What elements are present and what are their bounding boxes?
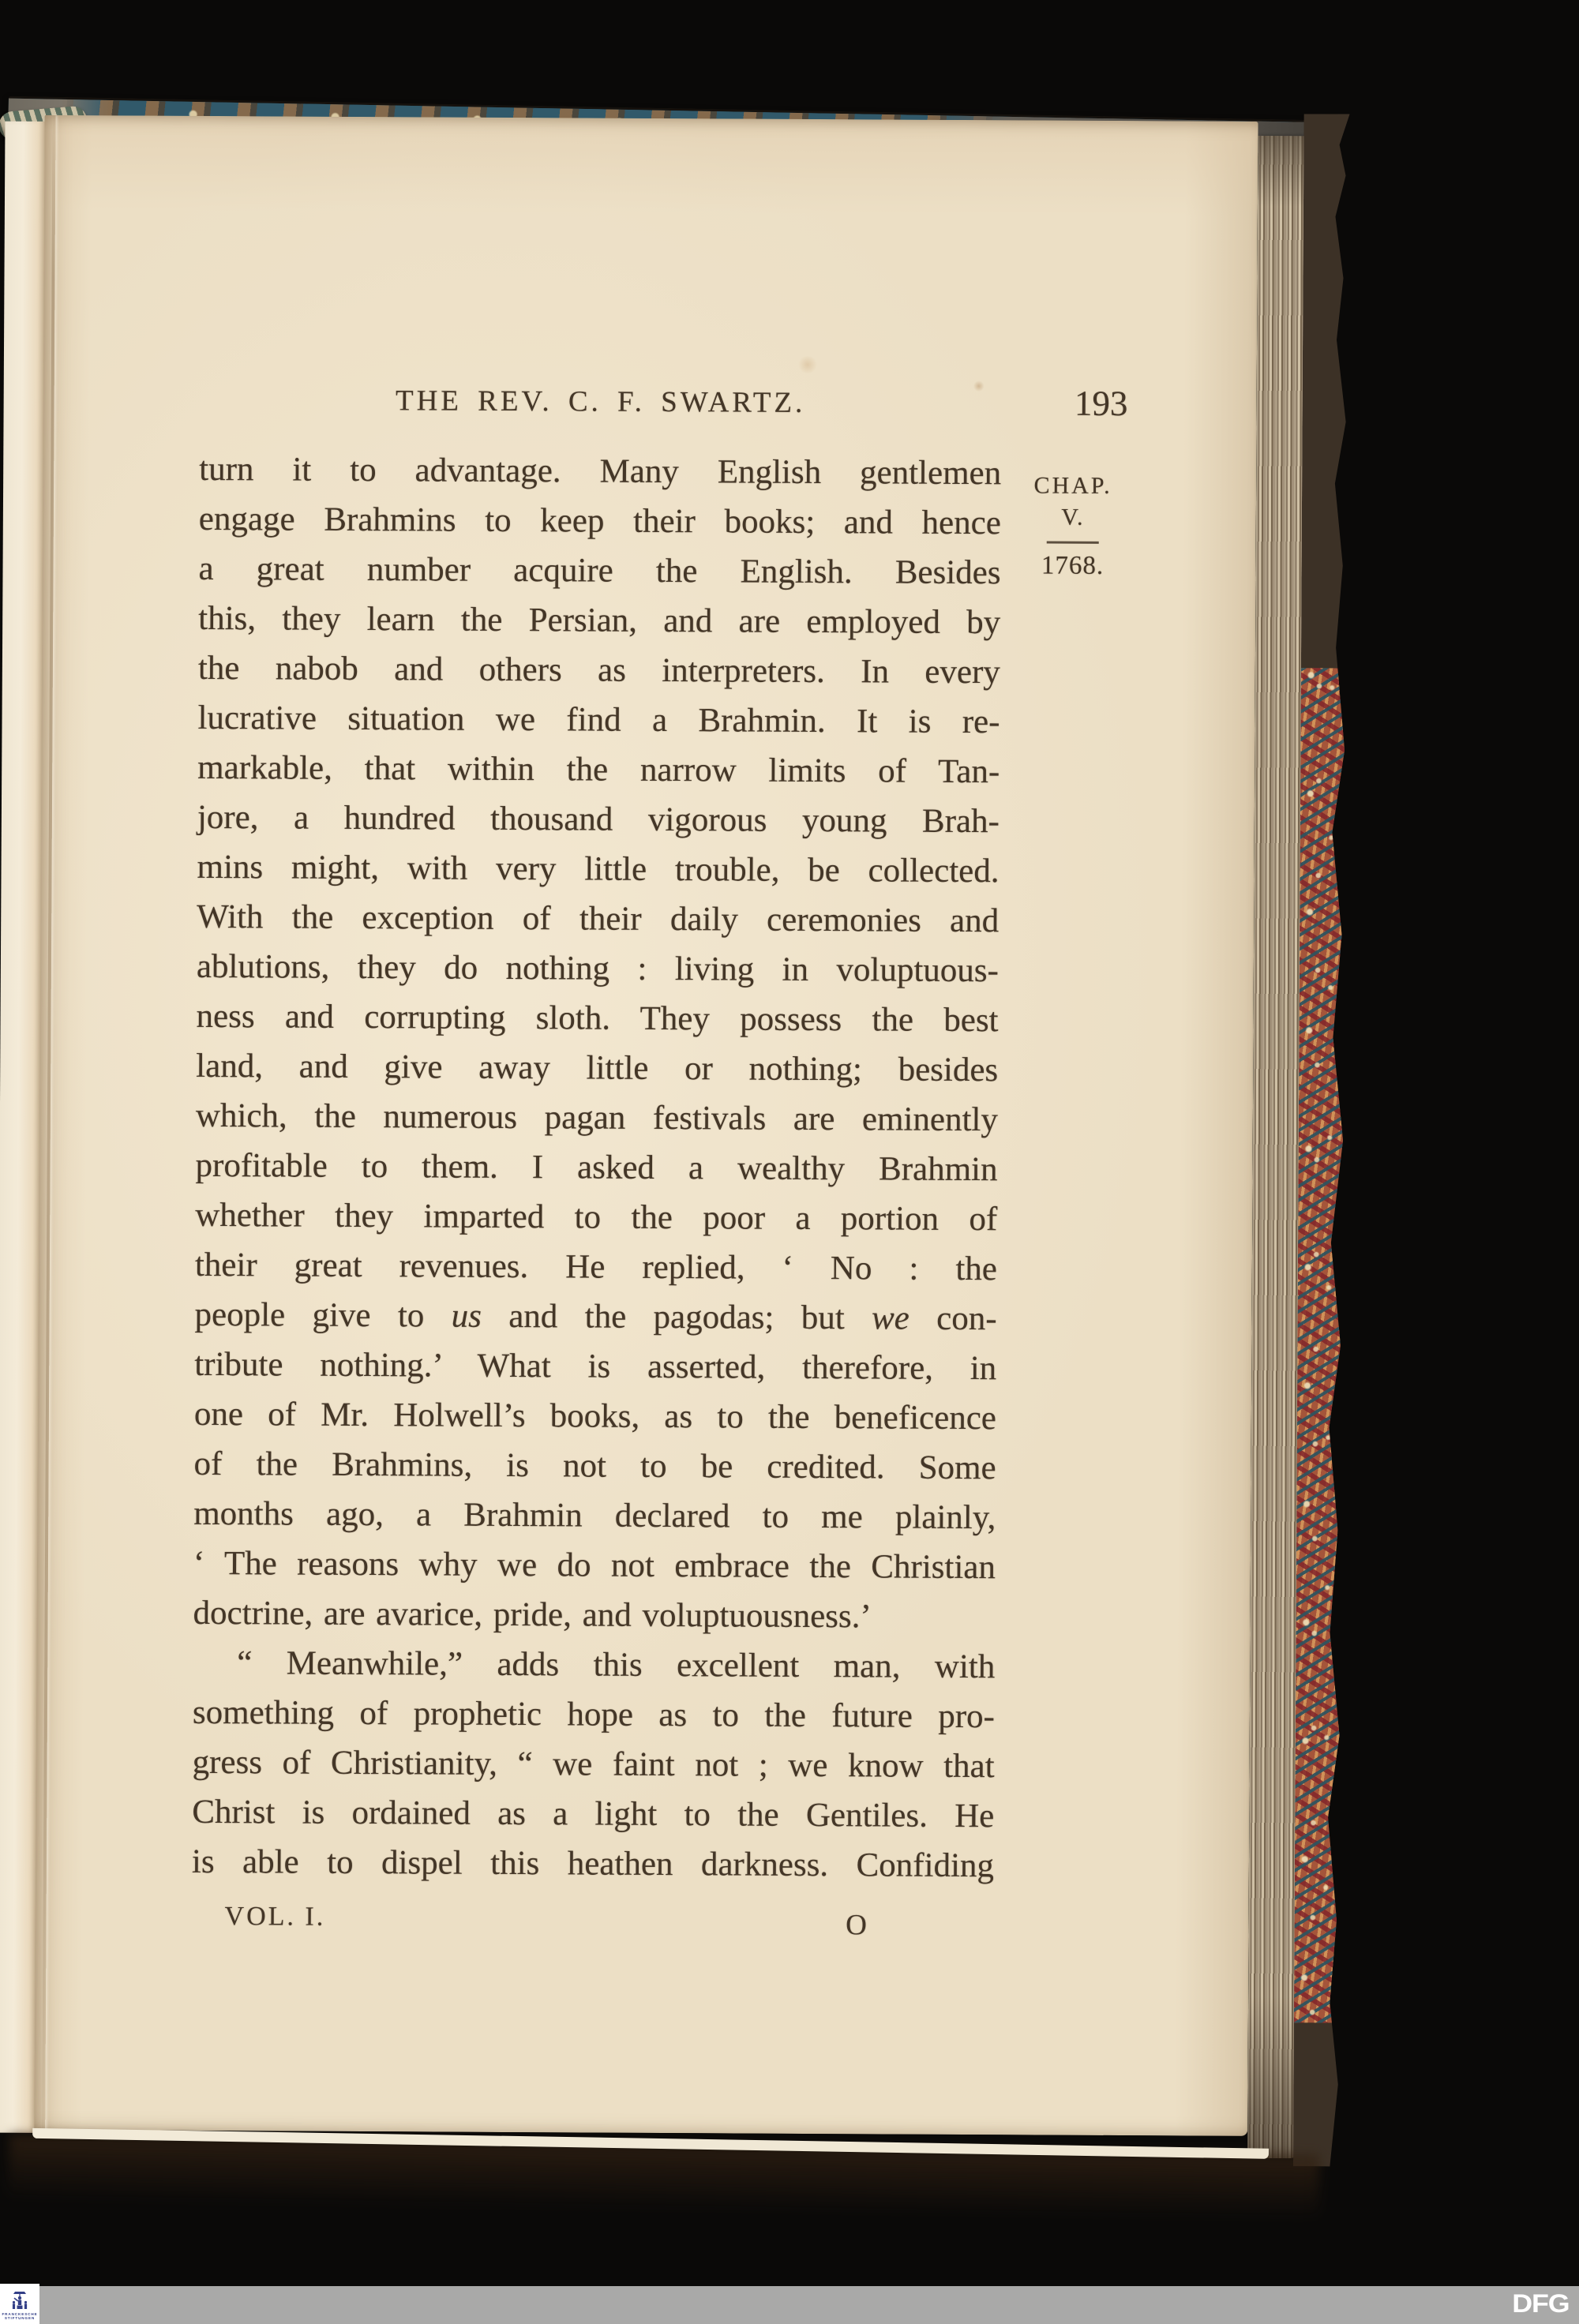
body-line: Christ is ordained as a light to the Gen…: [192, 1787, 994, 1841]
digitisation-footer-bar: FRANCKESCHE STIFTUNGEN DFG: [0, 2286, 1579, 2324]
scanned-book-photo: THE REV. C. F. SWARTZ. 193 CHAP. V. 1768…: [0, 0, 1579, 2324]
library-logo: FRANCKESCHE STIFTUNGEN: [0, 2284, 39, 2324]
body-line: ablutions, they do nothing : living in v…: [197, 942, 999, 995]
body-line: engage Brahmins to keep their books; and…: [199, 494, 1001, 548]
body-line: doctrine, are avarice, pride, and volupt…: [193, 1588, 995, 1642]
margin-note-numeral: V.: [1015, 504, 1131, 531]
page-crease: [42, 115, 55, 2130]
margin-note: CHAP. V. 1768.: [1015, 472, 1131, 581]
body-line: ‘ The reasons why we do not embrace the …: [193, 1539, 996, 1592]
body-line: markable, that within the narrow limits …: [197, 743, 1000, 797]
body-line: With the exception of their daily ceremo…: [197, 892, 999, 946]
body-line: which, the numerous pagan festivals are …: [196, 1091, 998, 1145]
body-line: jore, a hundred thousand vigorous young …: [197, 793, 1000, 846]
body-line: turn it to advantage. Many English gentl…: [199, 444, 1001, 498]
margin-note-rule: [1047, 542, 1099, 544]
body-line: this, they learn the Persian, and are em…: [198, 594, 1000, 647]
body-line: of the Brahmins, is not to be credited. …: [193, 1439, 996, 1493]
marbled-paper: [1294, 668, 1347, 2022]
library-logo-text-line2: STIFTUNGEN: [5, 2316, 35, 2321]
body-line: a great number acquire the English. Besi…: [198, 544, 1000, 598]
foxing-spot: [797, 356, 818, 373]
body-line: is able to dispel this heathen darkness.…: [192, 1837, 994, 1891]
margin-note-chapter: CHAP.: [1015, 472, 1131, 500]
body-line: people give to us and the pagodas; but w…: [194, 1290, 996, 1344]
book-page: THE REV. C. F. SWARTZ. 193 CHAP. V. 1768…: [34, 115, 1258, 2136]
body-line: whether they imparted to the poor a port…: [195, 1190, 997, 1244]
body-line: “ Meanwhile,” adds this excellent man, w…: [193, 1638, 995, 1692]
body-line: months ago, a Brahmin declared to me pla…: [193, 1489, 996, 1542]
body-line: land, and give away little or nothing; b…: [196, 1041, 998, 1095]
body-line: their great revenues. He replied, ‘ No :…: [195, 1240, 997, 1294]
dfg-logo: DFG: [1513, 2289, 1570, 2318]
library-pictogram-icon: [9, 2292, 30, 2311]
book: THE REV. C. F. SWARTZ. 193 CHAP. V. 1768…: [0, 0, 1579, 2324]
page-number: 193: [1034, 382, 1168, 424]
margin-note-year: 1768.: [1015, 551, 1130, 581]
volume-label: VOL. I.: [225, 1902, 326, 1932]
body-line: one of Mr. Holwell’s books, as to the be…: [194, 1389, 996, 1443]
body-line: gress of Christianity, “ we faint not ; …: [192, 1737, 994, 1791]
body-line: tribute nothing.’ What is asserted, ther…: [194, 1340, 996, 1393]
body-line: something of prophetic hope as to the fu…: [193, 1688, 995, 1741]
body-line: profitable to them. I asked a wealthy Br…: [195, 1141, 997, 1194]
running-head: THE REV. C. F. SWARTZ.: [200, 383, 1002, 421]
body-line: the nabob and others as interpreters. In…: [198, 643, 1000, 697]
body-line: lucrative situation we find a Brahmin. I…: [197, 693, 1000, 747]
body-text: turn it to advantage. Many English gentl…: [192, 444, 1002, 1891]
signature-mark: O: [832, 1908, 880, 1942]
body-line: mins might, with very little trouble, be…: [197, 842, 999, 896]
page-footer: VOL. I. O: [191, 1902, 993, 1961]
body-line: ness and corrupting sloth. They possess …: [196, 991, 998, 1045]
